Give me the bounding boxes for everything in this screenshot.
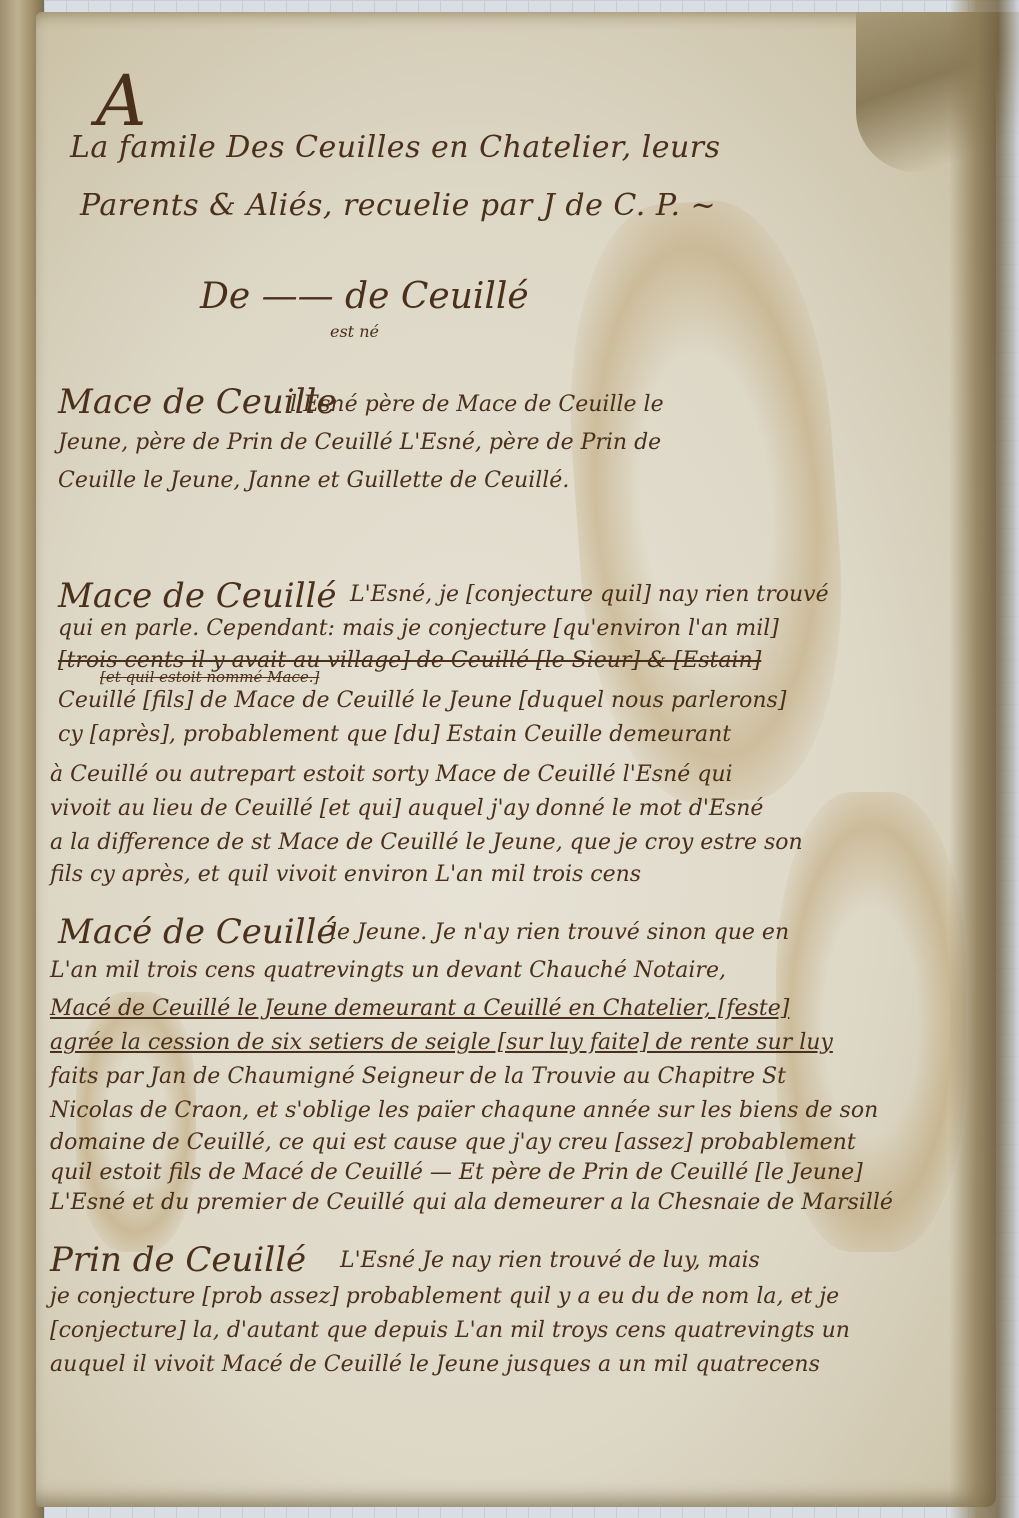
section-line: faits par Jan de Chaumigné Seigneur de l… [50,1064,786,1089]
section-line: agrée la cession de six setiers de seigl… [50,1030,833,1055]
manuscript-page [36,12,996,1507]
title-line-2: Parents & Aliés, recuelie par J de C. P.… [80,188,716,223]
title-line-1: La famile Des Ceuilles en Chatelier, leu… [70,130,721,165]
section-line: le Jeune. Je n'ay rien trouvé sinon que … [330,920,789,945]
section-line: cy [après], probablement que [du] Estain… [58,722,731,747]
torn-right-edge [949,0,1019,1518]
section-heading: Mace de Ceuillé [58,576,337,616]
water-stain [555,194,856,811]
section-line: [conjecture] la, d'autant que depuis L'a… [50,1318,850,1343]
struck-insert: [et quil estoit nommé Mace.] [100,668,319,686]
section-line: qui en parle. Cependant: mais je conject… [58,616,779,641]
section-line: quil estoit fils de Macé de Ceuillé — Et… [50,1160,863,1185]
section-line: Jeune, père de Prin de Ceuillé L'Esné, p… [58,430,661,455]
section-heading: Prin de Ceuillé [50,1240,306,1280]
section-line: L'Esné, je [conjecture quil] nay rien tr… [350,582,829,607]
section-line: l'Esné père de Mace de Ceuille le [290,392,664,417]
section-line: vivoit au lieu de Ceuillé [et qui] auque… [50,796,763,821]
section-line: Ceuille le Jeune, Janne et Guillette de … [58,468,569,493]
section-line: auquel il vivoit Macé de Ceuillé le Jeun… [50,1352,820,1377]
section-line: à Ceuillé ou autrepart estoit sorty Mace… [50,762,733,787]
section-heading: Macé de Ceuillé [58,912,337,952]
section-line: L'Esné Je nay rien trouvé de luy, mais [340,1248,760,1273]
subtitle-note: est né [330,322,379,341]
section-line: a la difference de st Mace de Ceuillé le… [50,830,803,855]
section-line: L'an mil trois cens quatrevingts un deva… [50,958,726,983]
section-line: domaine de Ceuillé, ce qui est cause que… [50,1130,856,1155]
section-line: je conjecture [prob assez] probablement … [50,1284,839,1309]
section-line: fils cy après, et quil vivoit environ L'… [50,862,641,887]
section-line: Ceuillé [fils] de Mace de Ceuillé le Jeu… [58,688,786,713]
section-line: Nicolas de Craon, et s'oblige les païer … [50,1098,878,1123]
subtitle: De —— de Ceuillé [200,276,529,317]
section-line: Macé de Ceuillé le Jeune demeurant a Ceu… [50,996,789,1021]
section-line: L'Esné et du premier de Ceuillé qui ala … [50,1190,893,1215]
